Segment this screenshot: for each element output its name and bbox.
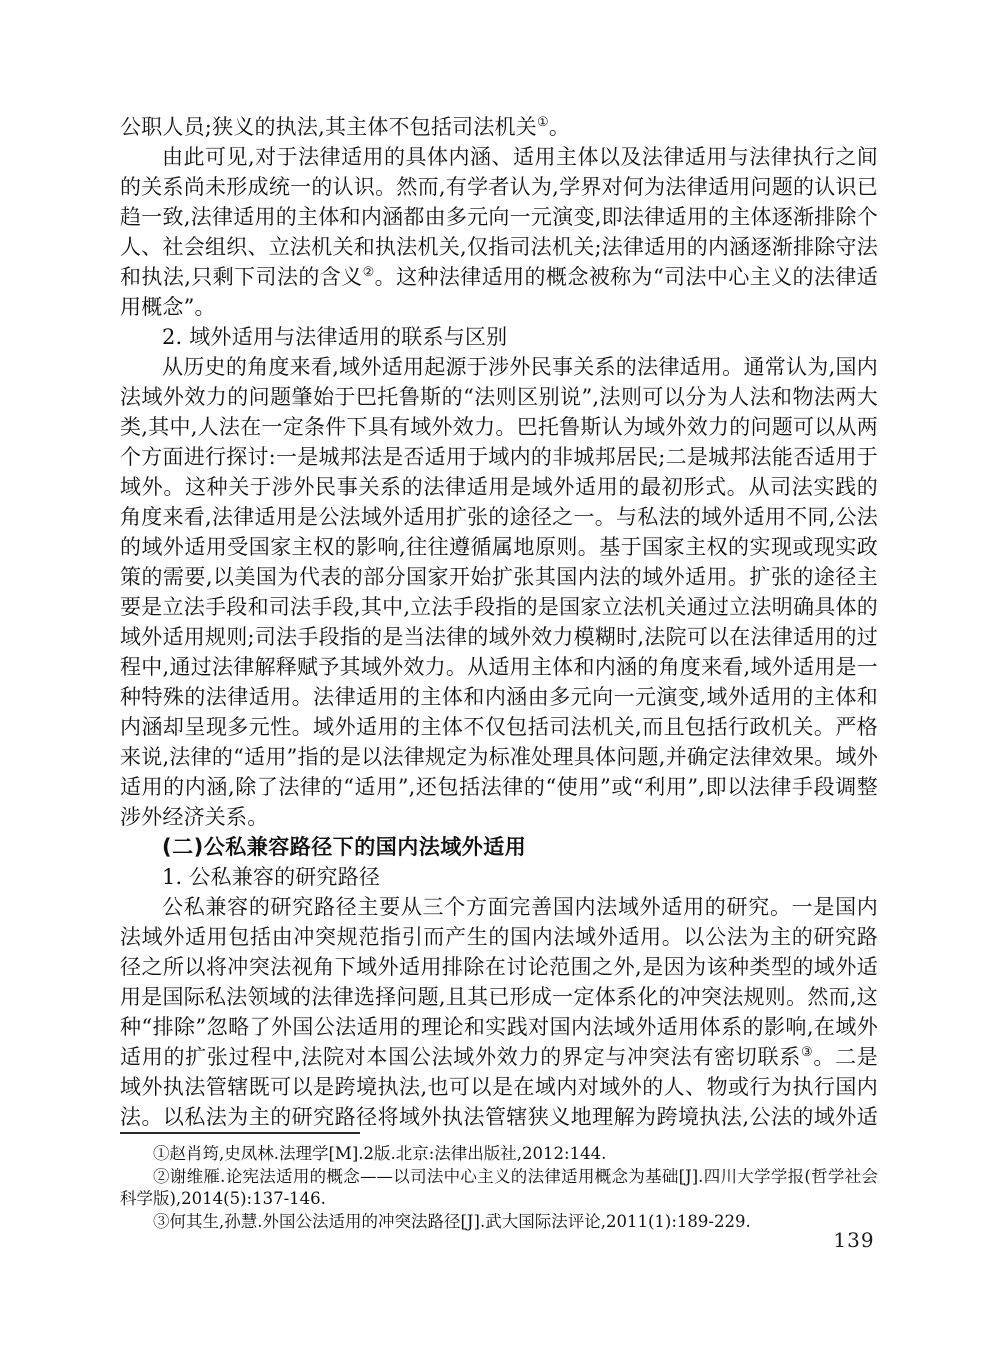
body-paragraph: 由此可见,对于法律适用的具体内涵、适用主体以及法律适用与法律执行之间的关系尚未形… (120, 142, 878, 322)
footnote-marker: ② (153, 1167, 170, 1186)
section-heading: (二)公私兼容路径下的国内法域外适用 (120, 832, 878, 862)
body-paragraph: 公私兼容的研究路径主要从三个方面完善国内法域外适用的研究。一是国内法域外适用包括… (120, 892, 878, 1136)
footnote-ref-marker: ① (537, 115, 549, 130)
journal-page: 公职人员;狭义的执法,其主体不包括司法机关①。由此可见,对于法律适用的具体内涵、… (0, 0, 1000, 1347)
body-paragraph-continuation: 公职人员;狭义的执法,其主体不包括司法机关①。 (120, 112, 878, 142)
footnotes-list: ①赵肖筠,史凤林.法理学[M].2版.北京:法律出版社,2012:144.②谢维… (120, 1143, 878, 1233)
footnote-text: 赵肖筠,史凤林.法理学[M].2版.北京:法律出版社,2012:144. (170, 1144, 607, 1163)
numbered-subheading: 1. 公私兼容的研究路径 (120, 862, 878, 892)
footnote-text: 谢维雁.论宪法适用的概念——以司法中心主义的法律适用概念为基础[J].四川大学学… (120, 1167, 878, 1209)
body-paragraph: 从历史的角度来看,域外适用起源于涉外民事关系的法律适用。通常认为,国内法域外效力… (120, 352, 878, 832)
footnote-section: ①赵肖筠,史凤林.法理学[M].2版.北京:法律出版社,2012:144.②谢维… (120, 1132, 878, 1233)
numbered-subheading: 2. 域外适用与法律适用的联系与区别 (120, 322, 878, 352)
page-number: 139 (824, 1228, 884, 1252)
footnote-marker: ① (153, 1144, 170, 1163)
footnote: ①赵肖筠,史凤林.法理学[M].2版.北京:法律出版社,2012:144. (120, 1143, 878, 1166)
footnote-ref-marker: ② (363, 265, 375, 280)
footnote: ②谢维雁.论宪法适用的概念——以司法中心主义的法律适用概念为基础[J].四川大学… (120, 1166, 878, 1211)
footnote-marker: ③ (153, 1212, 170, 1231)
footnote-text: 何其生,孙慧.外国公法适用的冲突法路径[J].武大国际法评论,2011(1):1… (170, 1212, 751, 1231)
footnote-ref-marker: ③ (801, 1045, 813, 1060)
footnote: ③何其生,孙慧.外国公法适用的冲突法路径[J].武大国际法评论,2011(1):… (120, 1211, 878, 1234)
footnote-separator-rule (120, 1132, 360, 1134)
article-body: 公职人员;狭义的执法,其主体不包括司法机关①。由此可见,对于法律适用的具体内涵、… (120, 112, 878, 1136)
